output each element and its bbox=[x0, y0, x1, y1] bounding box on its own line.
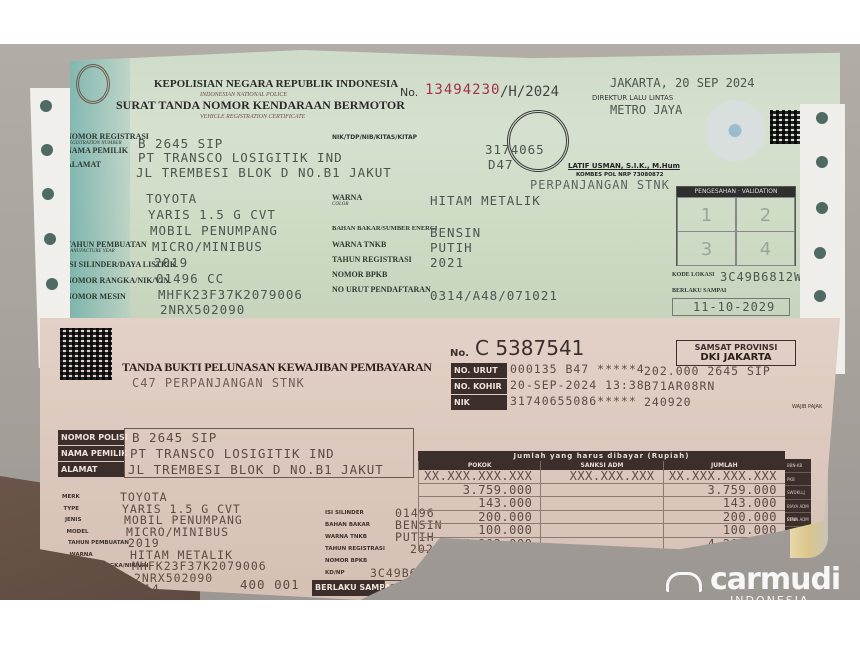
issue-authority: DIREKTUR LALU LINTAS bbox=[592, 94, 673, 102]
vehicle-field-label: TAHUN REGISTRASI bbox=[325, 546, 385, 552]
payment-cell-sanksi: XXX.XXX.XXX bbox=[540, 470, 662, 483]
field-label-plate-color: WARNA TNKB bbox=[332, 240, 386, 249]
perforation-hole bbox=[816, 156, 828, 168]
watermark-sub: INDONESIA bbox=[730, 594, 810, 600]
payment-row-tag: BIAYA ADM TNKB bbox=[785, 513, 811, 527]
receipt-plate-number: B 2645 SIP bbox=[132, 430, 217, 445]
samsat-line1: SAMSAT PROVINSI bbox=[677, 343, 795, 352]
payment-cell-jumlah: 200.000 bbox=[663, 511, 785, 524]
payment-cell-pokok: 3.759.000 bbox=[418, 484, 540, 497]
perforation-hole bbox=[816, 202, 828, 214]
vehicle-brand: TOYOTA bbox=[146, 191, 197, 206]
chassis-number: MHFK23F37K2079006 bbox=[158, 287, 303, 302]
field-label-engine: NOMOR MESIN bbox=[66, 292, 126, 301]
receipt-valid-until-label: BERLAKU SAMPAI bbox=[312, 580, 384, 596]
perforation-hole bbox=[814, 290, 826, 302]
id-number-suffix: D47 bbox=[488, 157, 514, 172]
payment-row: 200.000200.000 bbox=[418, 511, 785, 525]
vehicle-field-label: WARNA TNKB bbox=[325, 534, 367, 540]
carmudi-watermark: carmudi INDONESIA bbox=[668, 562, 840, 597]
payment-cell-pokok: XX.XXX.XXX.XXX bbox=[418, 470, 540, 483]
receipt-service: C47 PERPANJANGAN STNK bbox=[132, 376, 305, 390]
validation-box: PENGESAHAN · VALIDATION 1 2 3 4 bbox=[676, 186, 796, 266]
vehicle-field-label: TAHUN PEMBUATAN bbox=[68, 540, 129, 546]
vehicle-field-label: MODEL bbox=[67, 529, 89, 535]
payment-cell-sanksi bbox=[540, 538, 662, 551]
vehicle-field-value: 3C49B6812W1RN bbox=[370, 566, 473, 580]
location-code: 3C49B6812W bbox=[720, 270, 802, 284]
manufacture-year: 2019 bbox=[154, 255, 188, 270]
info-label-order-no: NO. URUT bbox=[451, 363, 507, 378]
id-number: 3174065 bbox=[485, 142, 545, 157]
validation-cell-4: 4 bbox=[736, 231, 795, 266]
validation-header: PENGESAHAN · VALIDATION bbox=[677, 187, 795, 197]
receipt-code-extra: 400 001 bbox=[240, 577, 300, 592]
field-label-year: TAHUN PEMBUATANMANUFACTURE YEAR bbox=[66, 240, 147, 254]
field-label-fuel: BAHAN BAKAR/SUMBER ENERGI bbox=[332, 225, 437, 232]
samsat-stamp: SAMSAT PROVINSI DKI JAKARTA bbox=[676, 340, 796, 366]
payment-cell-sanksi bbox=[540, 511, 662, 524]
field-label-registration-year: TAHUN REGISTRASI bbox=[332, 255, 412, 264]
info-label-nik: NIK bbox=[451, 395, 507, 410]
payment-cell-jumlah: 3.759.000 bbox=[663, 484, 785, 497]
signature-stamp-icon bbox=[505, 573, 535, 595]
receipt-owner-name: PT TRANSCO LOSIGITIK IND bbox=[130, 446, 335, 461]
stnk-document-number: 13494230 bbox=[425, 82, 500, 98]
payment-cell-pokok: 100.000 bbox=[418, 524, 540, 537]
taxpayer-badge: WAJIB PAJAK bbox=[792, 404, 822, 410]
vehicle-type: YARIS 1.5 G CVT bbox=[148, 207, 276, 222]
perforation-hole bbox=[816, 112, 828, 124]
receipt-number-label: No. bbox=[450, 348, 469, 359]
payment-row-tag: BIAYA ADM STNK bbox=[785, 500, 811, 514]
validation-cell-1: 1 bbox=[677, 197, 736, 232]
stnk-title-certificate: SURAT TANDA NOMOR KENDARAAN BERMOTOR bbox=[116, 98, 405, 113]
payment-row: 3.759.0003.759.000 bbox=[418, 484, 785, 498]
vehicle-color: HITAM METALIK bbox=[430, 193, 541, 208]
qr-code-icon bbox=[770, 110, 802, 144]
payment-table: Jumlah yang harus dibayar (Rupiah) POKOK… bbox=[418, 451, 785, 551]
validation-cell-3: 3 bbox=[677, 231, 736, 266]
car-logo-icon bbox=[666, 572, 702, 592]
owner-address: JL TREMBESI BLOK D NO.B1 JAKUT bbox=[136, 165, 392, 180]
stnk-number-suffix: /H/2024 bbox=[500, 84, 559, 100]
info-label-kohir: NO. KOHIR bbox=[451, 379, 507, 394]
payment-cell-sanksi bbox=[540, 484, 662, 497]
field-label-registration: NOMOR REGISTRASIREGISTRATION NUMBER bbox=[66, 132, 149, 146]
receipt-valid-until-box: 11-10-2025 bbox=[384, 580, 484, 600]
perforation-hole bbox=[814, 247, 826, 259]
stnk-title-police: KEPOLISIAN NEGARA REPUBLIK INDONESIA bbox=[154, 78, 398, 90]
payment-row: XX.XXX.XXX.XXXXXX.XXX.XXXXX.XXX.XXX.XXX bbox=[418, 470, 785, 484]
owner-label-name: NAMA PEMILIK bbox=[58, 446, 124, 461]
payment-row-tag: PKB bbox=[785, 473, 811, 487]
vehicle-field-label: ISI SILINDER bbox=[325, 510, 364, 516]
vehicle-model: MICRO/MINIBUS bbox=[152, 239, 263, 254]
stnk-purpose: PERPANJANGAN STNK bbox=[530, 178, 670, 192]
owner-label-plate: NOMOR POLISI bbox=[58, 430, 124, 445]
payment-cell-sanksi bbox=[540, 497, 662, 510]
vehicle-field-label: JENIS bbox=[65, 517, 81, 523]
payment-cell-jumlah: 143.000 bbox=[663, 497, 785, 510]
registration-order-number: 0314/A48/071021 bbox=[430, 288, 558, 303]
owner-name: PT TRANSCO LOSIGITIK IND bbox=[138, 150, 343, 165]
plate-color: PUTIH bbox=[430, 240, 473, 255]
stnk-number-label: No. bbox=[400, 86, 418, 99]
valid-until-box: 11-10-2029 bbox=[672, 298, 790, 316]
cylinder-capacity: 01496 CC bbox=[156, 271, 224, 286]
info-kohir-extra: B71AR08RN bbox=[644, 379, 715, 393]
field-label-owner: NAMA PEMILIK bbox=[66, 146, 128, 155]
payment-cell-pokok: 200.000 bbox=[418, 511, 540, 524]
payment-caption: Jumlah yang harus dibayar (Rupiah) bbox=[418, 451, 785, 461]
payment-row-tag: BBN-KB bbox=[785, 459, 811, 473]
payment-cell-jumlah: 4.202.000 bbox=[663, 538, 785, 551]
perforation-hole bbox=[46, 278, 58, 290]
payment-row: 100.000100.000 bbox=[418, 524, 785, 538]
payment-cell-jumlah: XX.XXX.XXX.XXX bbox=[663, 470, 785, 483]
info-nik-extra: 240920 bbox=[644, 395, 692, 409]
payment-cell-sanksi bbox=[540, 524, 662, 537]
vehicle-field-label: NOMOR BPKB bbox=[325, 558, 367, 564]
payment-row-tag: SWDKLLJ bbox=[785, 486, 811, 500]
info-order-no: 000135 B47 *****4 bbox=[510, 362, 645, 376]
perforation-hole bbox=[42, 188, 54, 200]
registration-year: 2021 bbox=[430, 255, 464, 270]
receipt-title: TANDA BUKTI PELUNASAN KEWAJIBAN PEMBAYAR… bbox=[122, 360, 432, 375]
receipt-owner-address: JL TREMBESI BLOK D NO.B1 JAKUT bbox=[128, 462, 384, 477]
field-label-color: WARNACOLOR bbox=[332, 193, 362, 207]
field-label-vin: NOMOR RANGKA/NIK/VIN bbox=[66, 276, 169, 285]
info-order-no-extra: 202.000 2645 SIP bbox=[644, 364, 771, 378]
field-label-id-number: NIK/TDP/NIB/KITAS/KITAP bbox=[332, 134, 417, 141]
perforation-hole bbox=[40, 100, 52, 112]
vehicle-category: MOBIL PENUMPANG bbox=[150, 223, 278, 238]
validation-cell-2: 2 bbox=[736, 197, 795, 232]
payment-row: 4.202.0004.202.000 bbox=[418, 538, 785, 552]
valid-until-label: BERLAKU SAMPAI bbox=[672, 288, 726, 294]
payment-row: 143.000143.000 bbox=[418, 497, 785, 511]
info-nik: 31740655086***** bbox=[510, 394, 637, 408]
field-label-order-number: NO URUT PENDAFTARAN bbox=[332, 285, 431, 294]
police-emblem-icon bbox=[76, 64, 110, 104]
location-code-label: KODE LOKASI bbox=[672, 272, 715, 278]
signatory-name: LATIF USMAN, S.I.K., M.Hum bbox=[568, 162, 680, 170]
vehicle-field-label: BAHAN BAKAR bbox=[325, 522, 370, 528]
photo-background: KEPOLISIAN NEGARA REPUBLIK INDONESIA IND… bbox=[0, 44, 860, 600]
payment-cell-pokok: 143.000 bbox=[418, 497, 540, 510]
official-stamp-icon bbox=[507, 110, 569, 172]
registration-number: B 2645 SIP bbox=[138, 136, 223, 151]
hologram-seal-icon bbox=[705, 100, 765, 168]
engine-number: 2NRX502090 bbox=[160, 302, 245, 317]
perforation-hole bbox=[44, 233, 56, 245]
owner-label-address: ALAMAT bbox=[58, 462, 124, 477]
field-label-address: ALAMAT bbox=[66, 160, 101, 169]
info-kohir: 20-SEP-2024 13:38 bbox=[510, 378, 645, 392]
payment-receipt-card: TANDA BUKTI PELUNASAN KEWAJIBAN PEMBAYAR… bbox=[40, 318, 840, 600]
fuel-type: BENSIN bbox=[430, 225, 481, 240]
qr-code-icon bbox=[60, 328, 112, 380]
samsat-line2: DKI JAKARTA bbox=[677, 352, 795, 363]
payment-cell-pokok: 4.202.000 bbox=[418, 538, 540, 551]
receipt-valid-until: 11-10-2025 bbox=[389, 583, 477, 598]
valid-until-date: 11-10-2029 bbox=[693, 300, 775, 314]
stnk-card: KEPOLISIAN NEGARA REPUBLIK INDONESIA IND… bbox=[70, 50, 840, 322]
receipt-number: C 5387541 bbox=[475, 336, 584, 360]
field-label-bpkb: NOMOR BPKB bbox=[332, 270, 387, 279]
stnk-subtitle-certificate: VEHICLE REGISTRATION CERTIFICATE bbox=[200, 114, 305, 120]
vehicle-field-label: MERK bbox=[62, 494, 80, 500]
issue-region: METRO JAYA bbox=[610, 103, 682, 117]
perforation-hole bbox=[41, 144, 53, 156]
payment-cell-jumlah: 100.000 bbox=[663, 524, 785, 537]
vehicle-field-label: TYPE bbox=[64, 506, 80, 512]
issue-place-date: JAKARTA, 20 SEP 2024 bbox=[610, 76, 755, 90]
signature-stamp-icon bbox=[595, 566, 623, 590]
vehicle-field-label: KD/NP bbox=[325, 570, 344, 576]
